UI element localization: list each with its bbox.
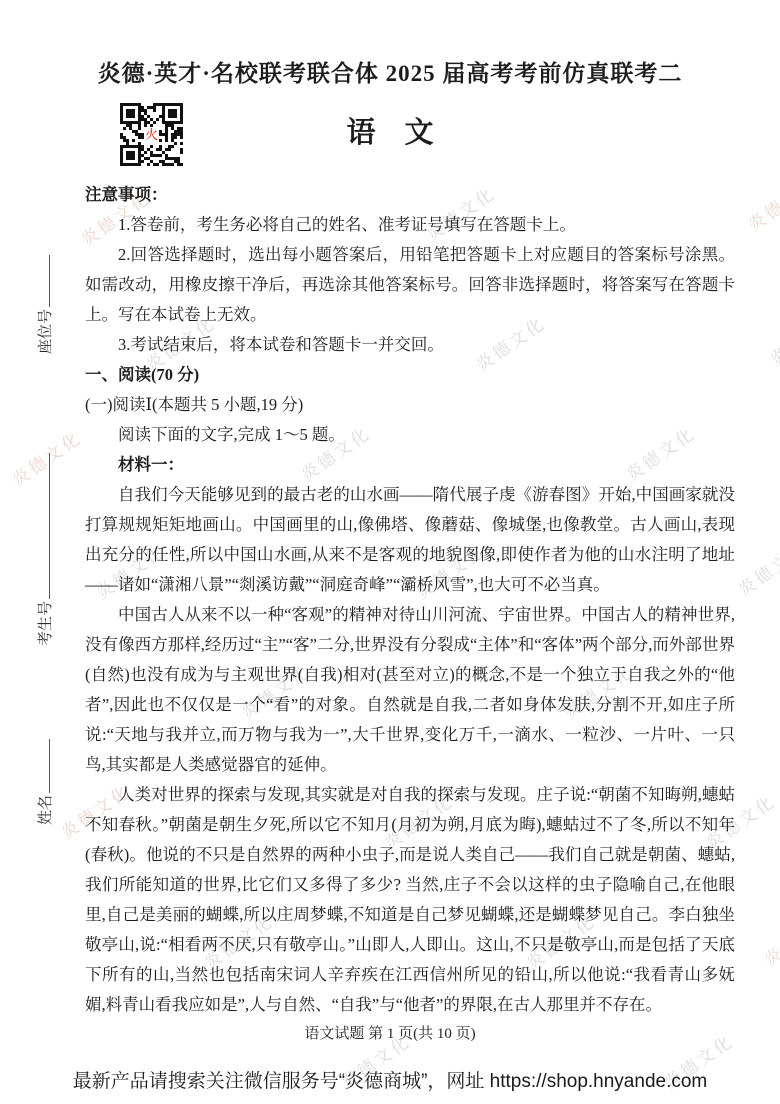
candidate-number-line	[36, 453, 50, 599]
reading-instruction: 阅读下面的文字,完成 1～5 题。	[85, 420, 735, 450]
seat-number-text: 座位号	[38, 309, 54, 354]
passage-paragraph-3: 人类对世界的探索与发现,其实就是对自我的探索与发现。庄子说:“朝菌不知晦朔,蟪蛄…	[85, 780, 735, 1020]
exam-title: 炎德·英才·名校联考联合体 2025 届高考考前仿真联考二	[0, 55, 780, 88]
promo-banner: 最新产品请搜索关注微信服务号“炎德商城”，网址 https://shop.hny…	[0, 1066, 780, 1093]
name-label: 姓名	[36, 739, 54, 825]
candidate-number-text: 考生号	[38, 601, 54, 646]
watermark-text: 炎德文化	[758, 904, 780, 970]
section-title: 一、阅读(70 分)	[85, 360, 735, 390]
name-text: 姓名	[38, 795, 54, 825]
name-line	[36, 739, 50, 793]
passage-paragraph-1: 自我们今天能够见到的最古老的山水画——隋代展子虔《游春图》开始,中国画家就没打算…	[85, 480, 735, 600]
notice-item-1: 1.答卷前，考生务必将自己的姓名、准考证号填写在答题卡上。	[85, 210, 735, 240]
notice-item-3: 3.考试结束后，将本试卷和答题卡一并交回。	[85, 330, 735, 360]
seat-number-line	[36, 255, 50, 307]
seat-number-label: 座位号	[36, 255, 54, 354]
candidate-number-label: 考生号	[36, 453, 54, 646]
subsection-title: (一)阅读Ⅰ(本题共 5 小题,19 分)	[85, 390, 735, 420]
passage-paragraph-2: 中国古人从来不以一种“客观”的精神对待山川河流、宇宙世界。中国古人的精神世界,没…	[85, 600, 735, 780]
exam-body: 注意事项： 1.答卷前，考生务必将自己的姓名、准考证号填写在答题卡上。 2.回答…	[85, 180, 735, 1020]
watermark-text: 炎德文化	[742, 169, 780, 235]
watermark-text: 炎德文化	[732, 534, 780, 600]
watermark-text: 炎德文化	[764, 304, 780, 370]
page-number: 语文试题 第 1 页(共 10 页)	[0, 1022, 780, 1043]
notice-title: 注意事项：	[85, 180, 735, 210]
material-label: 材料一：	[85, 450, 735, 480]
notice-item-2: 2.回答选择题时，选出每小题答案后，用铅笔把答题卡上对应题目的答案标号涂黑。如需…	[85, 240, 735, 330]
subject-title: 语 文	[0, 110, 780, 151]
